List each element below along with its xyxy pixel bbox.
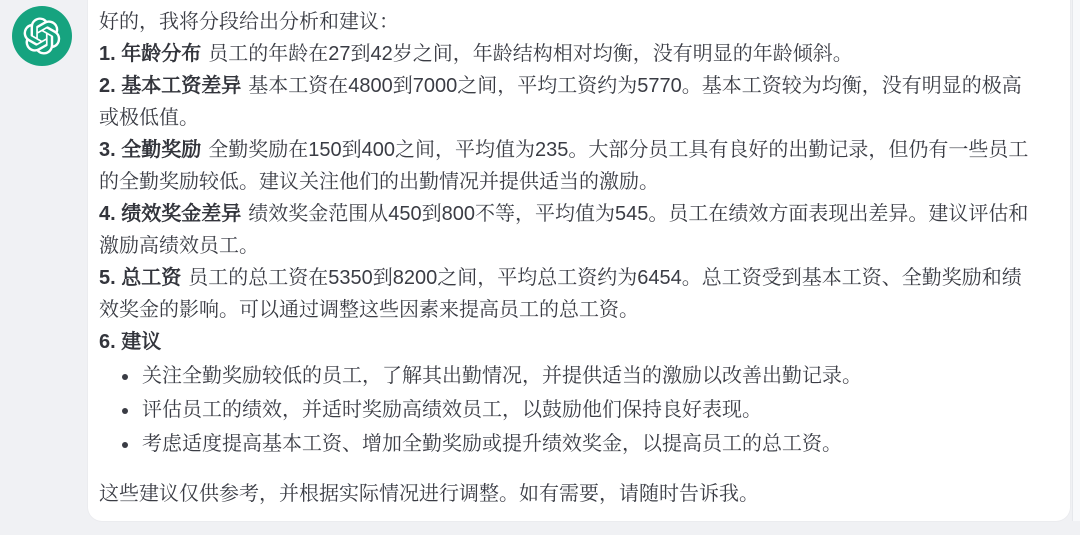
message-intro: 好的，我将分段给出分析和建议： (99, 6, 1036, 38)
section-suggestions-heading: 6. 建议 (99, 326, 1036, 358)
list-item: 评估员工的绩效，并适时奖励高绩效员工，以鼓励他们保持良好表现。 (140, 394, 1036, 426)
chatgpt-logo-icon (23, 17, 61, 55)
section-age-distribution: 1. 年龄分布员工的年龄在27到42岁之间，年龄结构相对均衡，没有明显的年龄倾斜… (99, 38, 1036, 70)
section-label: 2. 基本工资差异 (99, 75, 241, 97)
assistant-message: 好的，我将分段给出分析和建议： 1. 年龄分布员工的年龄在27到42岁之间，年龄… (88, 0, 1070, 521)
list-item: 关注全勤奖励较低的员工，了解其出勤情况，并提供适当的激励以改善出勤记录。 (140, 360, 1036, 392)
section-attendance-bonus: 3. 全勤奖励全勤奖励在150到400之间，平均值为235。大部分员工具有良好的… (99, 134, 1036, 198)
section-text: 员工的年龄在27到42岁之间，年龄结构相对均衡，没有明显的年龄倾斜。 (208, 43, 853, 65)
section-total-salary: 5. 总工资员工的总工资在5350到8200之间，平均总工资约为6454。总工资… (99, 262, 1036, 326)
section-label: 3. 全勤奖励 (99, 139, 201, 161)
section-performance-bonus: 4. 绩效奖金差异绩效奖金范围从450到800不等，平均值为545。员工在绩效方… (99, 198, 1036, 262)
section-label: 6. 建议 (99, 331, 161, 353)
section-label: 5. 总工资 (99, 267, 181, 289)
suggestions-list: 关注全勤奖励较低的员工，了解其出勤情况，并提供适当的激励以改善出勤记录。 评估员… (99, 360, 1036, 460)
assistant-avatar (12, 6, 72, 66)
section-base-salary: 2. 基本工资差异基本工资在4800到7000之间，平均工资约为5770。基本工… (99, 70, 1036, 134)
chat-message-area: 好的，我将分段给出分析和建议： 1. 年龄分布员工的年龄在27到42岁之间，年龄… (0, 0, 1080, 535)
section-text: 全勤奖励在150到400之间，平均值为235。大部分员工具有良好的出勤记录，但仍… (99, 139, 1028, 193)
section-label: 4. 绩效奖金差异 (99, 203, 241, 225)
scrollbar-track[interactable] (1072, 0, 1080, 521)
section-label: 1. 年龄分布 (99, 43, 201, 65)
list-item: 考虑适度提高基本工资、增加全勤奖励或提升绩效奖金，以提高员工的总工资。 (140, 428, 1036, 460)
message-outro: 这些建议仅供参考，并根据实际情况进行调整。如有需要，请随时告诉我。 (99, 478, 1036, 510)
section-text: 员工的总工资在5350到8200之间，平均总工资约为6454。总工资受到基本工资… (99, 267, 1022, 321)
